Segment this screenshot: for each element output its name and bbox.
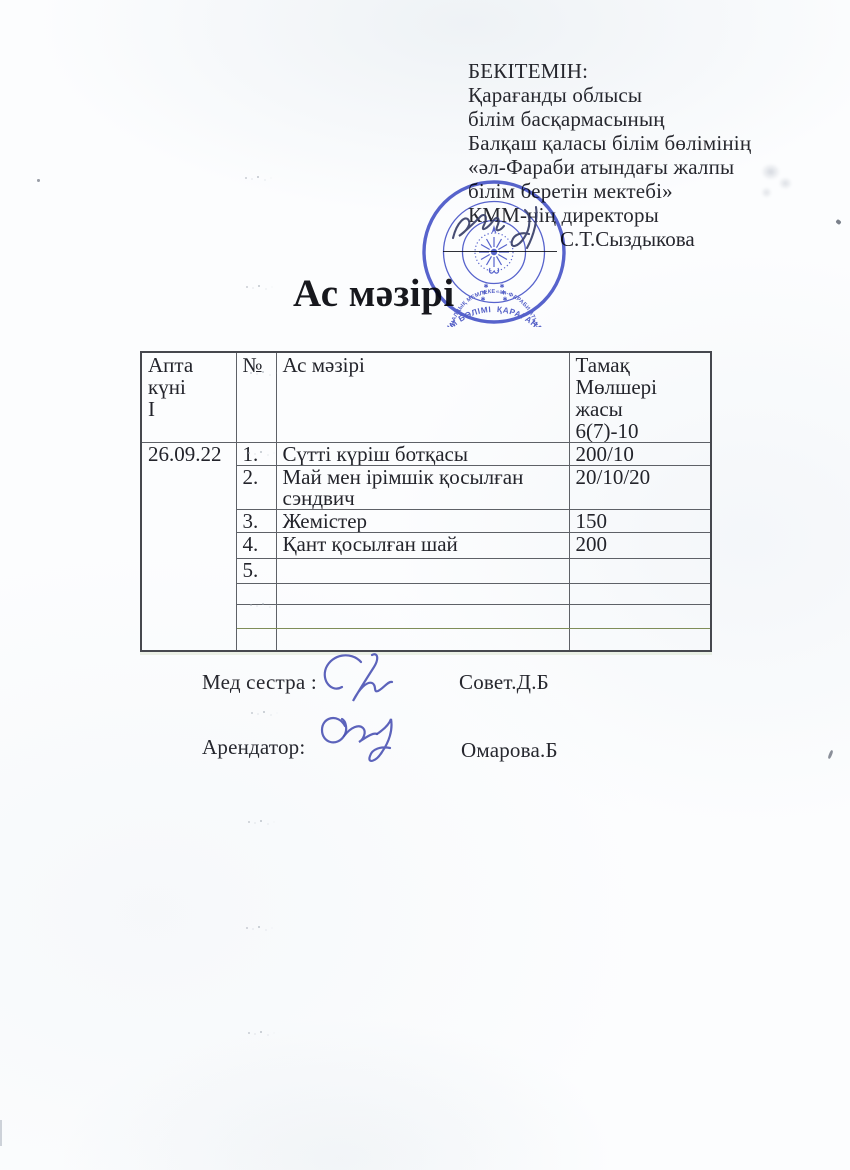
scan-noise-dots [245, 177, 247, 179]
header-amount-line: 6(7)-10 [576, 420, 709, 442]
amount-cell: 150 [569, 510, 711, 533]
dish-cell [276, 629, 569, 651]
dish-cell: Май мен ірімшік қосылған сэндвич [276, 466, 569, 510]
approval-line: Қарағанды облысы [468, 83, 813, 107]
scan-noise-dots [248, 1032, 250, 1034]
dish-cell [276, 559, 569, 584]
amount-cell: 20/10/20 [569, 466, 711, 510]
scan-noise-dots [248, 821, 250, 823]
scan-noise-dots [246, 927, 248, 929]
dish-cell: Қант қосылған шай [276, 533, 569, 559]
row-number-cell: 2. [236, 466, 276, 510]
official-round-stamp: ҚАРАҒАНДЫ ОБЛЫСЫ БІЛІМ БАСҚАРМАСЫНЫҢ БАЛ… [419, 177, 569, 327]
table-row: 26.09.22 1. Сүтті күріш ботқасы 200/10 [141, 443, 711, 466]
date-cell: 26.09.22 [141, 443, 236, 651]
scan-edge-mark [0, 1120, 2, 1146]
row-number-cell: 4. [236, 533, 276, 559]
stamp-separator-asterisk: ✱ [481, 296, 486, 303]
approval-line: білім басқармасының [468, 107, 813, 131]
lessee-name: Омарова.Б [461, 738, 558, 763]
row-number-cell: 1. [236, 443, 276, 466]
scan-speck [835, 219, 841, 225]
dish-cell [276, 605, 569, 629]
amount-cell [569, 584, 711, 605]
header-day-line: I [148, 398, 234, 420]
amount-cell: 200/10 [569, 443, 711, 466]
header-cell-amount: Тамақ Мөлшері жасы 6(7)-10 [569, 352, 711, 443]
amount-cell [569, 605, 711, 629]
nurse-name: Совет.Д.Б [459, 670, 549, 695]
amount-cell [569, 629, 711, 651]
scan-noise-dots [250, 372, 252, 374]
nurse-signature-ink [315, 650, 407, 706]
row-number-cell: 3. [236, 510, 276, 533]
row-number-cell [236, 629, 276, 651]
amount-cell: 200 [569, 533, 711, 559]
scan-noise-dots [246, 286, 248, 288]
lessee-signature-ink [313, 707, 418, 767]
scan-noise-dots [250, 604, 252, 606]
header-cell-day: Апта күні I [141, 352, 236, 443]
scan-noise-dots [251, 712, 253, 714]
row-number-cell [236, 584, 276, 605]
header-day-line: Апта күні [148, 354, 234, 398]
header-amount-line: Тамақ [576, 354, 709, 376]
table-header-row: Апта күні I № Ас мәзірі Тамақ Мөлшері жа… [141, 352, 711, 443]
header-amount-line: Мөлшері жасы [576, 376, 709, 420]
stamp-separator-asterisk: ✱ [503, 296, 508, 303]
menu-table: Апта күні I № Ас мәзірі Тамақ Мөлшері жа… [140, 351, 712, 652]
dish-cell [276, 584, 569, 605]
row-number-cell: 5. [236, 559, 276, 584]
director-name: С.Т.Сыздыкова [560, 227, 695, 251]
scan-smudge [756, 158, 798, 204]
dish-cell: Сүтті күріш ботқасы [276, 443, 569, 466]
scan-speck [37, 179, 40, 182]
scan-noise-dots [248, 452, 250, 454]
approval-line: БЕКІТЕМІН: [468, 59, 813, 83]
lessee-role-label: Арендатор: [202, 735, 305, 760]
scanned-document-page: БЕКІТЕМІН: Қарағанды облысы білім басқар… [0, 0, 850, 1170]
header-cell-number: № [236, 352, 276, 443]
header-cell-menu: Ас мәзірі [276, 352, 569, 443]
amount-cell [569, 559, 711, 584]
dish-cell: Жемістер [276, 510, 569, 533]
scan-speck [827, 750, 833, 759]
nurse-role-label: Мед сестра : [202, 670, 317, 695]
director-signature-ink [449, 204, 567, 252]
row-number-cell [236, 605, 276, 629]
approval-line: Балқаш қаласы білім бөлімінің [468, 131, 813, 155]
